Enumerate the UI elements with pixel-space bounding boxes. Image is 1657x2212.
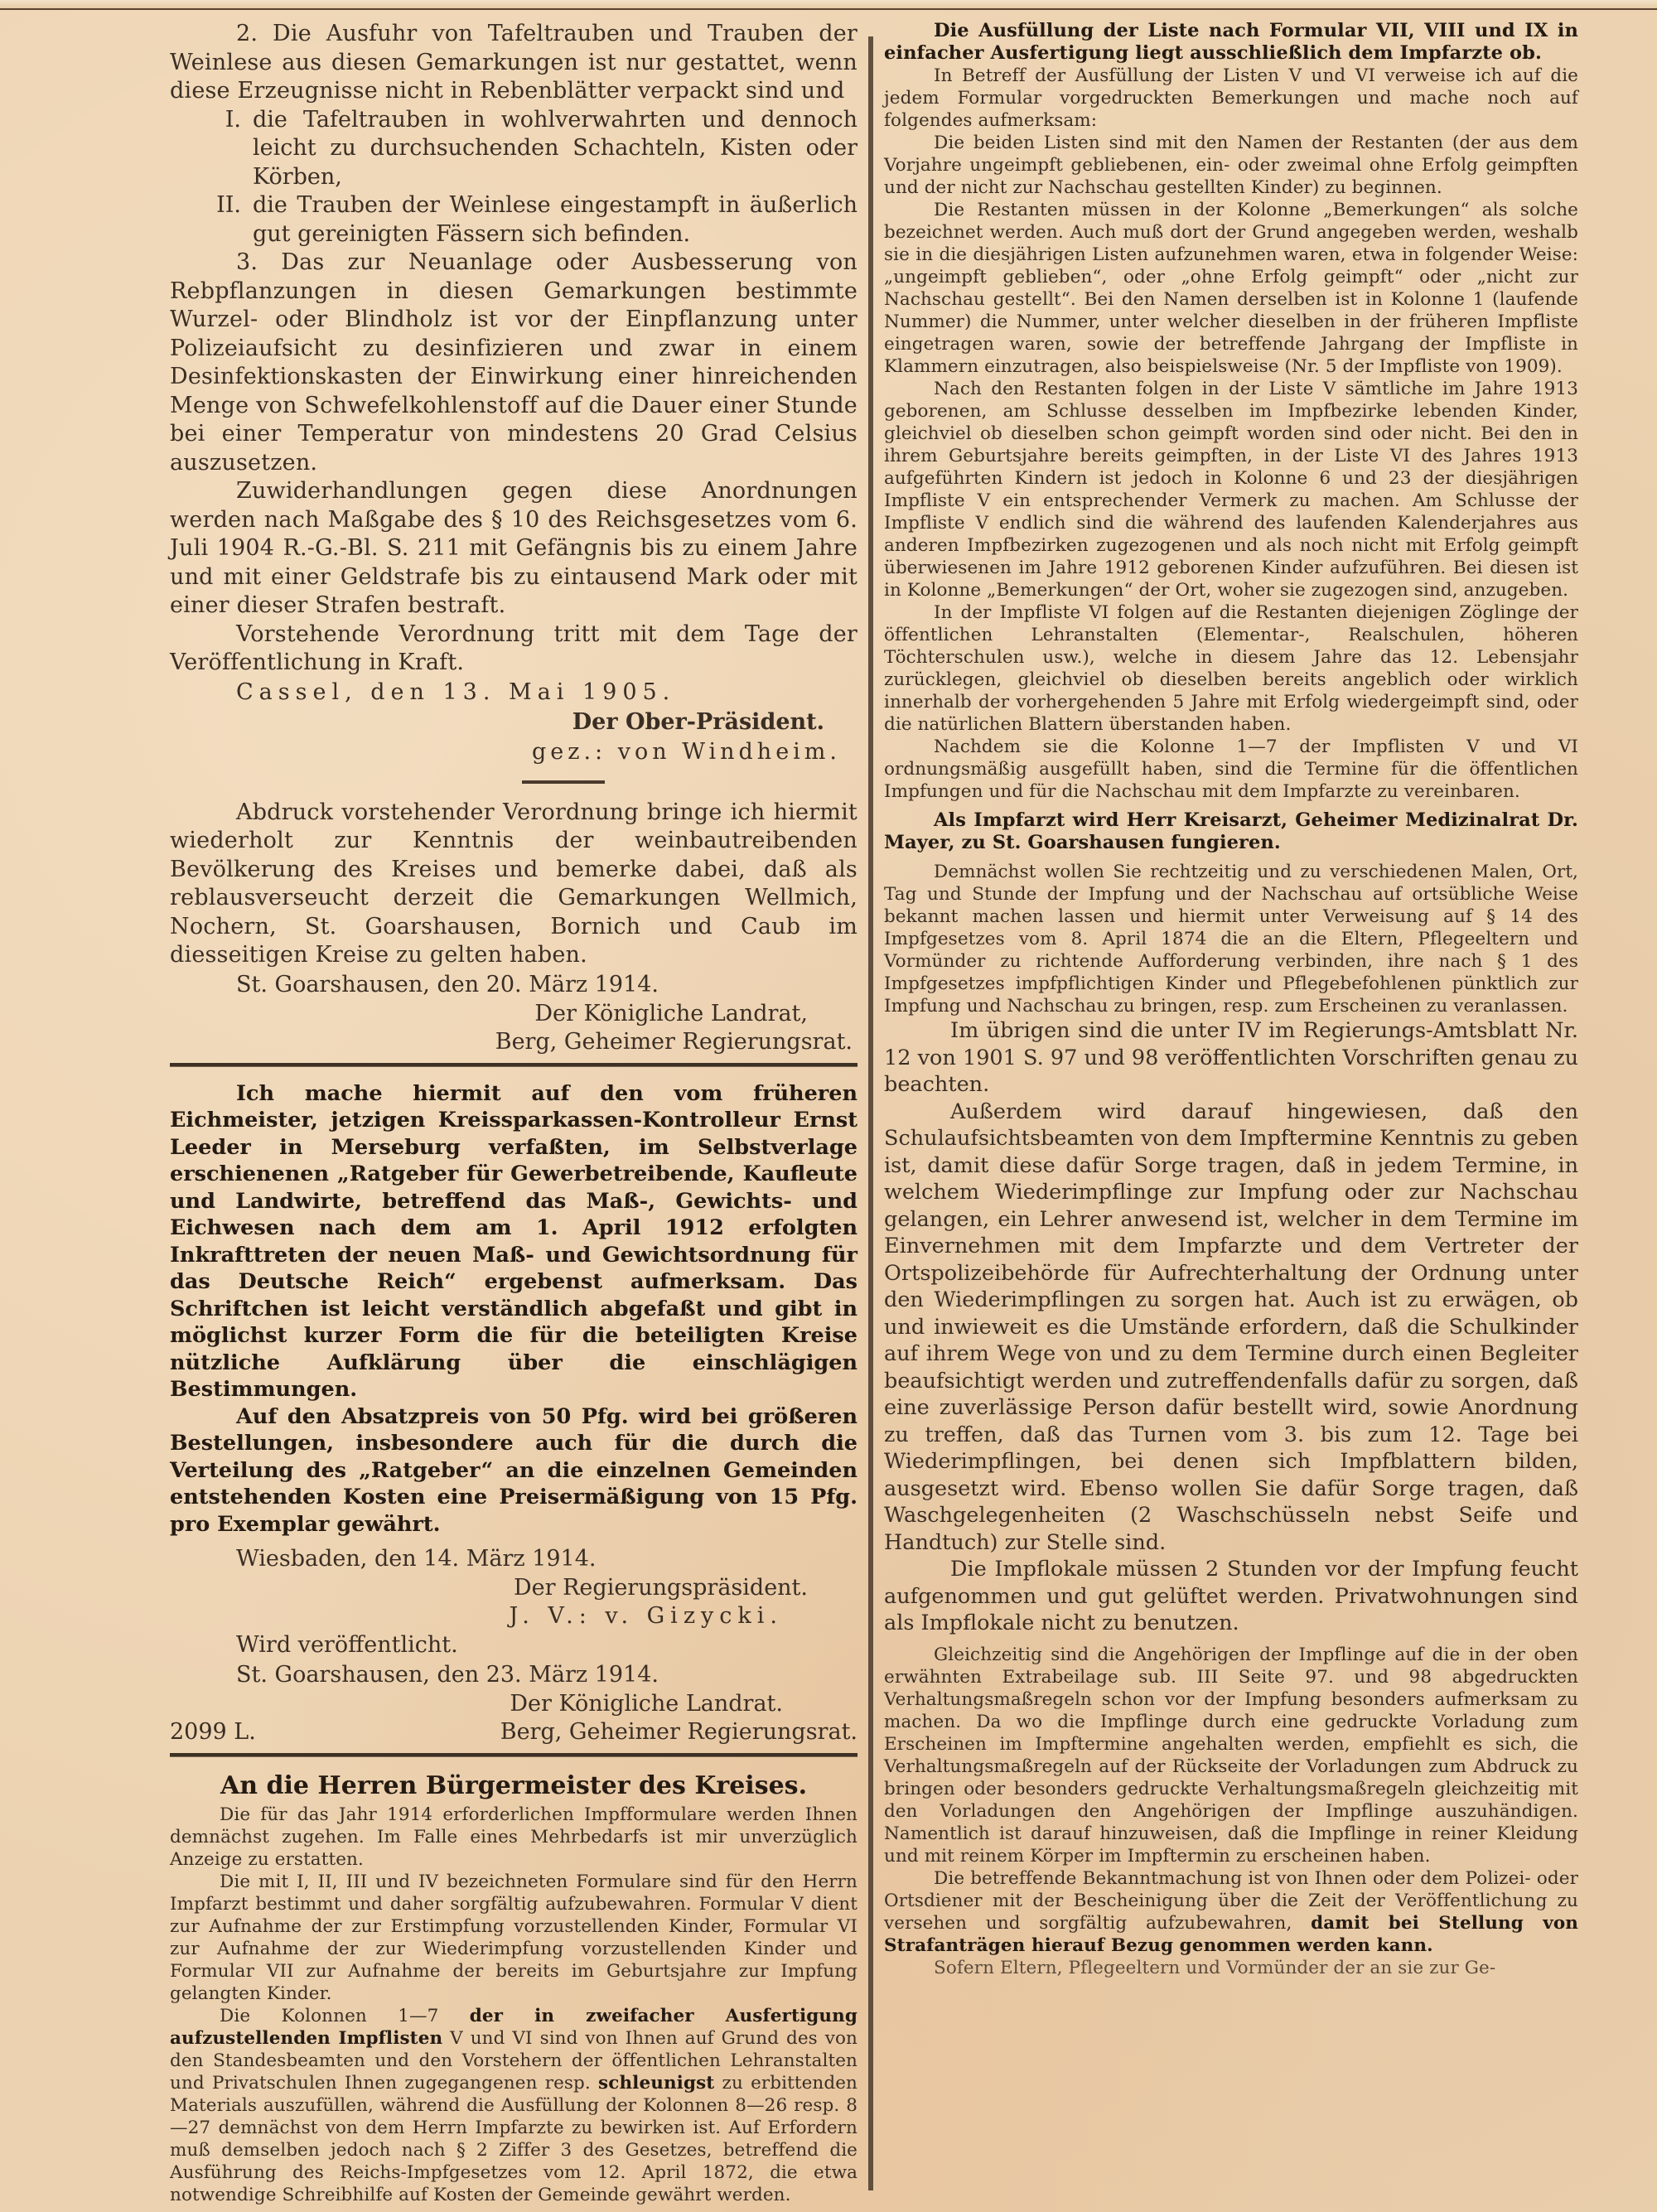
paragraph-13: Sofern Eltern, Pflegeeltern und Vormünde… — [884, 1957, 1578, 1979]
newspaper-page: 2. Die Ausfuhr von Tafeltrauben und Trau… — [170, 20, 1578, 2190]
paragraph-3: Die Restanten müssen in der Kolonne „Bem… — [884, 199, 1578, 378]
item-number: 3. — [236, 249, 258, 275]
paragraph-12: Die betreffende Bekanntmachung ist von I… — [884, 1867, 1578, 1957]
ordinance-1905: 2. Die Ausfuhr von Tafeltrauben und Trau… — [170, 20, 857, 767]
paragraph-1: In Betreff der Ausfüllung der Listen V u… — [884, 65, 1578, 132]
sub-item-number: II. — [170, 191, 253, 249]
signer-name: J. V.: v. Gizycki. — [170, 1602, 857, 1630]
published-note: Wird veröffentlicht. — [170, 1630, 857, 1660]
ratgeber-paragraph-2: Auf den Absatzpreis von 50 Pfg. wird bei… — [170, 1403, 857, 1538]
mayors-paragraph-2: Die mit I, II, III und IV bezeichneten F… — [170, 1871, 857, 2005]
ratgeber-paragraph-1: Ich mache hiermit auf den vom früheren E… — [170, 1080, 857, 1403]
mayors-paragraph-3: Die Kolonnen 1—7 der in zweifacher Ausfe… — [170, 2005, 857, 2206]
page-top-edge — [0, 0, 1657, 10]
mayors-paragraph-1: Die für das Jahr 1914 erforderlichen Imp… — [170, 1804, 857, 1871]
bold-text-run: schleunigst — [598, 2073, 714, 2094]
ordinance-item-3: 3. Das zur Neuanlage oder Ausbesserung v… — [170, 249, 857, 477]
paragraph-6: Nachdem sie die Kolonne 1—7 der Impflist… — [884, 736, 1578, 803]
impfarzt-bold-paragraph: Als Impfarzt wird Herr Kreisarzt, Geheim… — [884, 809, 1578, 854]
paragraph-7: Demnächst wollen Sie rechtzeitig und zu … — [884, 861, 1578, 1017]
sub-item-I: I. die Tafeltrauben in wohlverwahrten un… — [170, 106, 857, 192]
column-divider — [868, 36, 873, 2190]
signer-title: Der Ober-Präsident. — [170, 708, 857, 737]
paragraph-10: Die Impflokale müssen 2 Stunden vor der … — [884, 1556, 1578, 1637]
paragraph-2: Die beiden Listen sind mit den Namen der… — [884, 132, 1578, 199]
text-run: Die Kolonnen 1—7 — [220, 2006, 470, 2026]
reprint-notice: Abdruck vorstehender Verordnung bringe i… — [170, 799, 857, 1056]
signer-name: Berg, Geheimer Regierungsrat. — [170, 1028, 857, 1056]
place-date-2: St. Goarshausen, den 23. März 1914. — [170, 1660, 857, 1690]
penalty-paragraph: Zuwiderhandlungen gegen diese Anordnunge… — [170, 477, 857, 621]
ratgeber-notice: Ich mache hiermit auf den vom früheren E… — [170, 1080, 857, 1747]
intro-bold-paragraph: Die Ausfüllung der Liste nach Formular V… — [884, 20, 1578, 65]
sub-item-number: I. — [170, 106, 253, 192]
reference-number: 2099 L. — [170, 1718, 256, 1746]
signer-title: Der Königliche Landrat, — [170, 1000, 857, 1028]
place-date: Cassel, den 13. Mai 1905. — [170, 678, 857, 708]
left-column: 2. Die Ausfuhr von Tafeltrauben und Trau… — [170, 20, 857, 2206]
section-divider — [170, 1063, 857, 1067]
reference-row: 2099 L. Berg, Geheimer Regierungsrat. — [170, 1718, 857, 1746]
signer-name-2: Berg, Geheimer Regierungsrat. — [500, 1718, 857, 1746]
effective-paragraph: Vorstehende Verordnung tritt mit dem Tag… — [170, 621, 857, 678]
section-divider — [170, 1753, 857, 1757]
place-date: St. Goarshausen, den 20. März 1914. — [170, 970, 857, 1000]
signer-title-2: Der Königliche Landrat. — [170, 1690, 857, 1718]
place-date: Wiesbaden, den 14. März 1914. — [170, 1544, 857, 1574]
sub-item-text: die Trauben der Weinlese eingestampft in… — [253, 191, 857, 249]
sub-item-II: II. die Trauben der Weinlese eingestampf… — [170, 191, 857, 249]
right-column: Die Ausfüllung der Liste nach Formular V… — [884, 20, 1578, 1979]
signer-title: Der Regierungspräsident. — [170, 1574, 857, 1602]
signer-name: gez.: von Windheim. — [170, 737, 857, 767]
reprint-paragraph: Abdruck vorstehender Verordnung bringe i… — [170, 799, 857, 970]
item-text: Die Ausfuhr von Tafeltrauben und Trauben… — [170, 21, 857, 104]
sub-item-text: die Tafeltrauben in wohlverwahrten und d… — [253, 106, 857, 192]
ordinance-item-2: 2. Die Ausfuhr von Tafeltrauben und Trau… — [170, 20, 857, 106]
paragraph-9: Außerdem wird darauf hingewiesen, daß de… — [884, 1099, 1578, 1557]
item-text: Das zur Neuanlage oder Ausbesserung von … — [170, 249, 857, 476]
paragraph-5: In der Impfliste VI folgen auf die Resta… — [884, 601, 1578, 736]
paragraph-11: Gleichzeitig sind die Angehörigen der Im… — [884, 1644, 1578, 1867]
section-divider-short — [522, 780, 605, 784]
section-heading: An die Herren Bürgermeister des Kreises. — [170, 1770, 857, 1802]
paragraph-8: Im übrigen sind die unter IV im Regierun… — [884, 1017, 1578, 1099]
item-number: 2. — [236, 21, 258, 46]
paragraph-4: Nach den Restanten folgen in der Liste V… — [884, 378, 1578, 601]
mayors-notice: An die Herren Bürgermeister des Kreises.… — [170, 1770, 857, 2206]
